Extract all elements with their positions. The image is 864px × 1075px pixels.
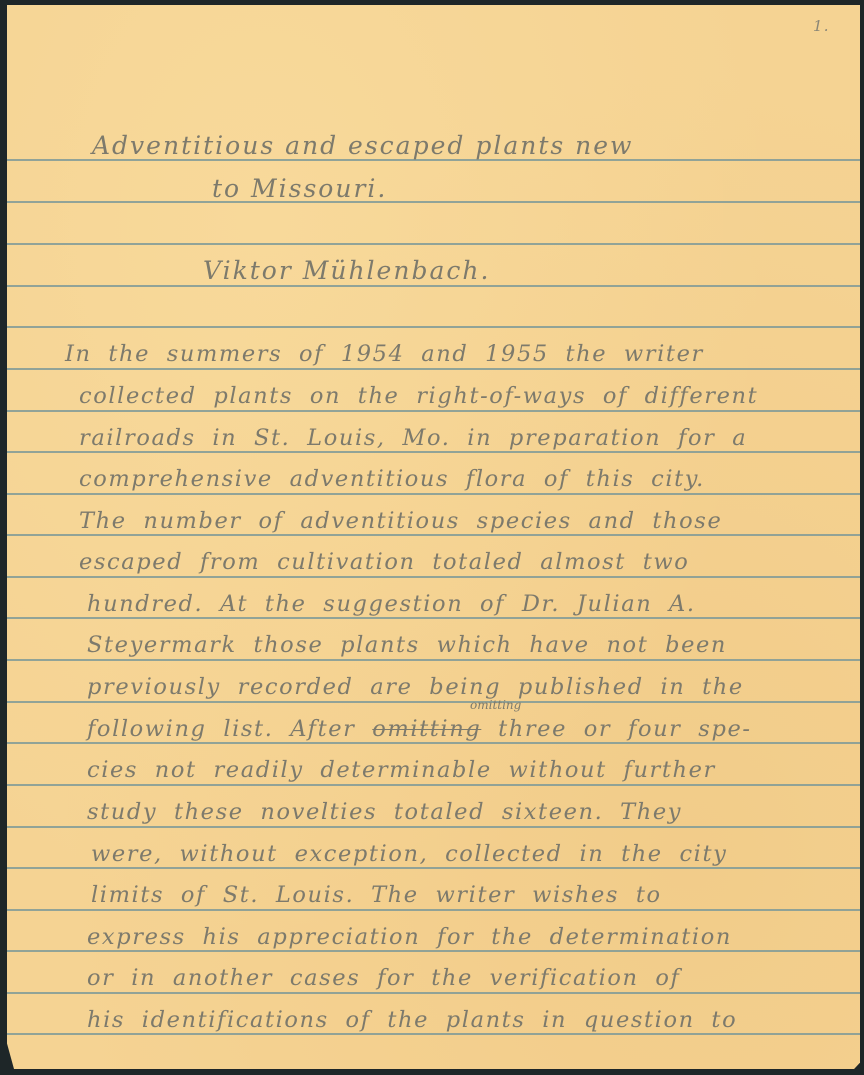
rule-line <box>7 784 860 786</box>
interlinear-insertion: omitting <box>470 698 521 712</box>
rule-line <box>7 826 860 828</box>
body-line: Steyermark those plants which have not b… <box>87 634 727 657</box>
body-line: previously recorded are being published … <box>87 676 744 699</box>
rule-line <box>7 617 860 619</box>
body-line: were, without exception, collected in th… <box>91 843 727 866</box>
body-line: comprehensive adventitious flora of this… <box>79 468 705 491</box>
body-line: In the summers of 1954 and 1955 the writ… <box>65 343 704 366</box>
rule-line <box>7 742 860 744</box>
rule-line <box>7 368 860 370</box>
rule-line <box>7 659 860 661</box>
rule-line <box>7 326 860 328</box>
rule-line <box>7 909 860 911</box>
rule-line <box>7 410 860 412</box>
rule-line <box>7 493 860 495</box>
body-line: escaped from cultivation totaled almost … <box>79 551 689 574</box>
body-line: or in another cases for the verification… <box>87 967 680 990</box>
body-line-text: following list. After <box>87 716 356 742</box>
title-line-2: to Missouri. <box>212 176 387 201</box>
rule-line <box>7 285 860 287</box>
scanned-page: 1. Adventitious and escaped plants new t… <box>0 0 864 1075</box>
rule-line <box>7 201 860 203</box>
rule-line <box>7 534 860 536</box>
manuscript-sheet: 1. Adventitious and escaped plants new t… <box>7 5 860 1069</box>
body-line-text: three or four spe- <box>498 716 751 742</box>
page-number: 1. <box>813 19 830 34</box>
rule-line <box>7 243 860 245</box>
body-line: his identifications of the plants in que… <box>87 1009 737 1032</box>
body-line: cies not readily determinable without fu… <box>87 759 716 782</box>
body-line: collected plants on the right-of-ways of… <box>79 385 758 408</box>
author-name: Viktor Mühlenbach. <box>203 258 490 283</box>
title-line-1: Adventitious and escaped plants new <box>92 133 633 158</box>
body-line: The number of adventitious species and t… <box>79 510 722 533</box>
rule-line <box>7 576 860 578</box>
struck-word: omitting <box>372 716 481 742</box>
rule-line <box>7 701 860 703</box>
body-line: express his appreciation for the determi… <box>87 926 732 949</box>
body-line: railroads in St. Louis, Mo. in preparati… <box>79 427 747 450</box>
rule-line <box>7 950 860 952</box>
rule-line <box>7 867 860 869</box>
rule-line <box>7 992 860 994</box>
body-line: hundred. At the suggestion of Dr. Julian… <box>87 593 696 616</box>
body-line: study these novelties totaled sixteen. T… <box>87 801 682 824</box>
rule-line <box>7 1033 860 1035</box>
rule-line <box>7 451 860 453</box>
body-line: following list. After omitting three or … <box>87 718 752 741</box>
body-line: limits of St. Louis. The writer wishes t… <box>91 884 662 907</box>
